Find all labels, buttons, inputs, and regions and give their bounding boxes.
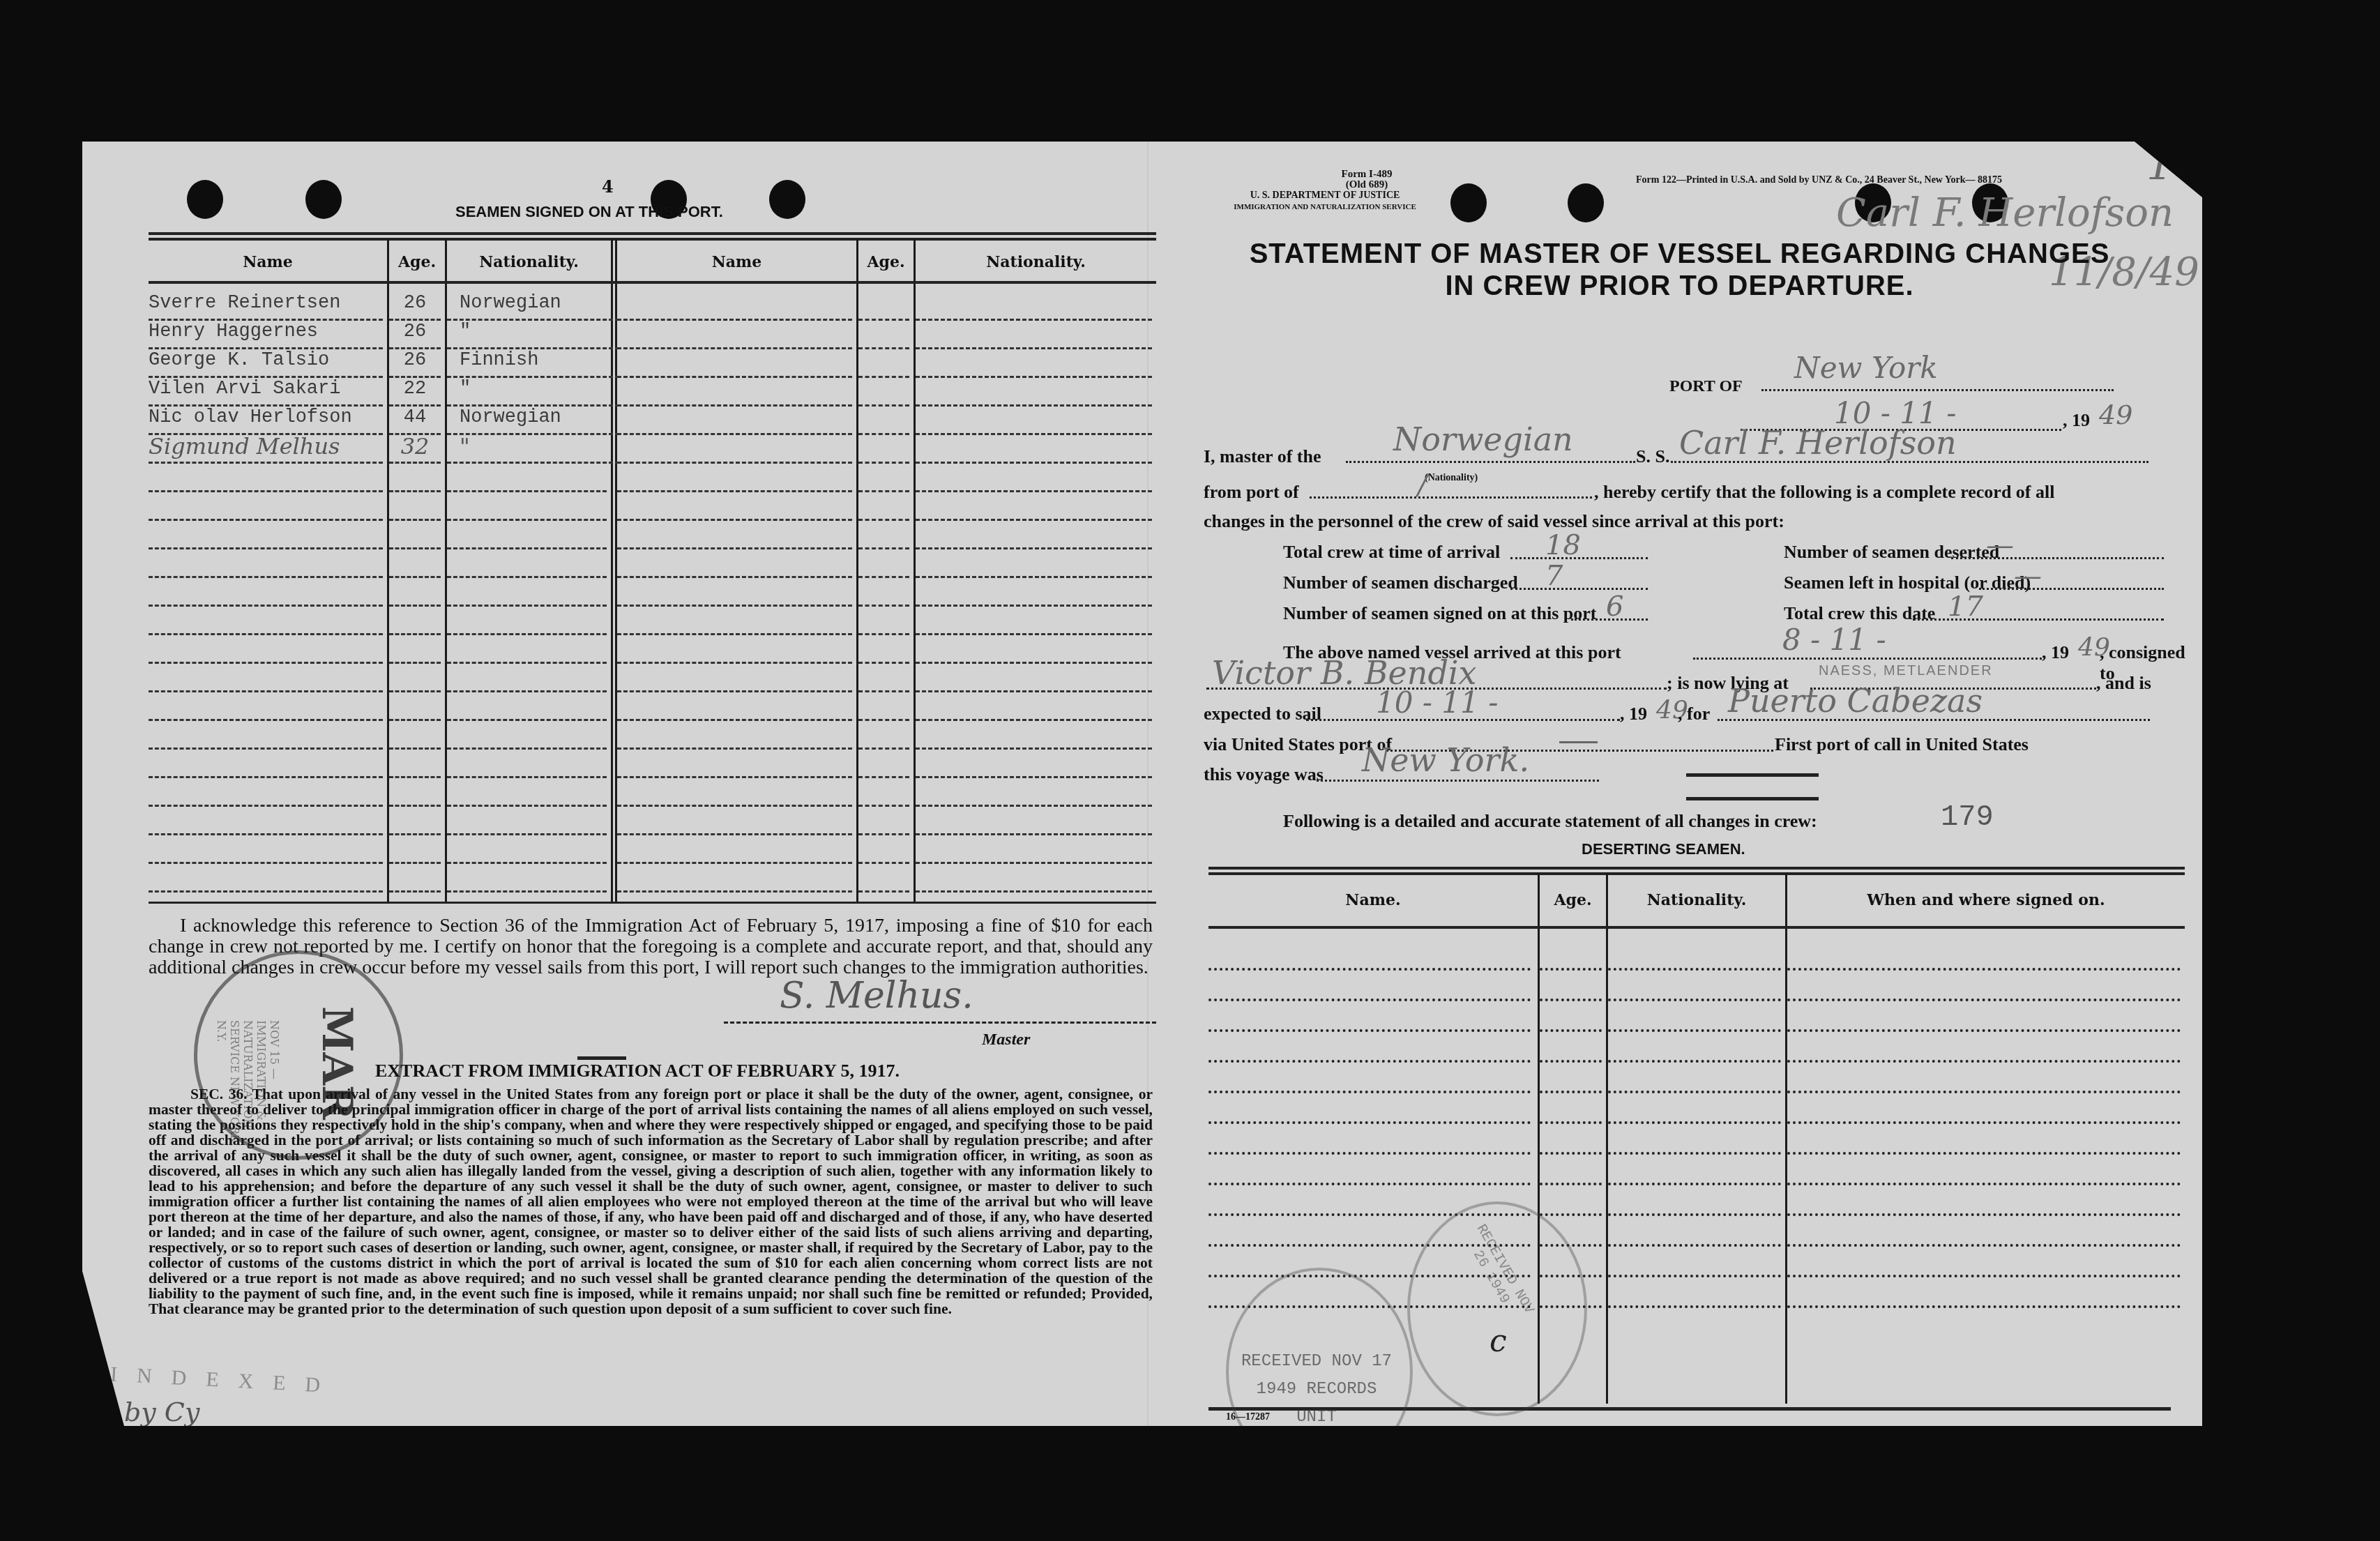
cell-age [389, 492, 441, 521]
cell-age-2 [858, 663, 909, 692]
table-row [149, 549, 1156, 576]
port-value: New York [1794, 351, 1938, 385]
cell-name [149, 463, 383, 492]
cell-name [149, 492, 383, 521]
cell-name [149, 692, 383, 721]
cell-age [389, 577, 441, 607]
master-label: Master [982, 1031, 1030, 1049]
cell-name [1208, 1124, 1531, 1155]
stat-label: Number of seamen deserted [1784, 542, 1999, 563]
cell-nationality [1608, 1185, 1781, 1216]
cell-name-2 [617, 606, 852, 635]
col-header-name: Name [149, 253, 387, 271]
cell-nationality-2 [916, 434, 1152, 464]
table-row [1208, 1185, 2185, 1215]
cell-nationality-2 [916, 663, 1152, 692]
cell-name-2 [617, 320, 852, 349]
cell-nationality [1608, 1032, 1781, 1063]
received-stamp-2-ring [1407, 1201, 1587, 1416]
form-number-block: Form I-489 (Old 689) [1314, 169, 1419, 190]
cell-name [149, 577, 383, 607]
stamp-mar: MAR [312, 1006, 361, 1120]
certify-text-2: changes in the personnel of the crew of … [1204, 511, 1784, 532]
stat-label: Number of seamen signed on at this port [1283, 603, 1596, 624]
cell-signed-on [1787, 1124, 2181, 1155]
cell-nationality-2 [916, 320, 1152, 349]
cell-name [1208, 1032, 1531, 1063]
cell-nationality [447, 520, 607, 549]
stat-label: Number of seamen discharged [1283, 572, 1518, 593]
stat-label: Total crew at time of arrival [1283, 542, 1500, 563]
cell-age-2 [858, 835, 909, 864]
cell-name-2 [617, 692, 852, 721]
cell-name [1208, 940, 1531, 971]
signed-on-title: SEAMEN SIGNED ON AT THIS PORT. [455, 203, 723, 221]
stat-label: Seamen left in hospital (or died) [1784, 572, 2031, 593]
cell-age-2 [858, 549, 909, 578]
page-number: 4 [602, 176, 614, 197]
cell-age-2 [858, 520, 909, 549]
department: U. S. DEPARTMENT OF JUSTICE [1220, 190, 1430, 202]
cell-nationality-2 [916, 577, 1152, 607]
cell-name [149, 806, 383, 835]
cell-name [1208, 1001, 1531, 1032]
table-row [149, 463, 1156, 490]
table-row: Sverre Reinertsen26Norwegian [149, 291, 1156, 319]
cell-name [149, 549, 383, 578]
cell-nationality [447, 749, 607, 778]
cell-name [149, 606, 383, 635]
cell-nationality: Norwegian [447, 291, 619, 321]
cell-name-2 [617, 635, 852, 664]
indexed-stamp: INDEXED [109, 1362, 340, 1398]
master-of-label: I, master of the [1204, 446, 1321, 467]
cell-age [389, 606, 441, 635]
punch-hole [1568, 183, 1604, 222]
and-is: , and is [2096, 673, 2151, 694]
sail-year-prefix: , 19 [1620, 704, 1647, 724]
document-paper: 4 SEAMEN SIGNED ON AT THIS PORT. Name Ag… [82, 142, 2202, 1426]
cell-name: Sigmund Melhus [149, 434, 383, 464]
cell-nationality [1608, 1155, 1781, 1185]
table-top-rule [149, 232, 1156, 241]
stat-value: 6 [1606, 591, 1623, 623]
cell-nationality [1608, 971, 1781, 1001]
cell-signed-on [1787, 1185, 2181, 1216]
cell-nationality-2 [916, 492, 1152, 521]
table-row [149, 492, 1156, 519]
stat-value: — [2014, 560, 2042, 592]
table-row: Vilen Arvi Sakari22" [149, 377, 1156, 404]
cell-name-2 [617, 663, 852, 692]
arrived-field[interactable] [1693, 658, 2042, 660]
cell-age-2 [858, 635, 909, 664]
cell-nationality [1608, 1093, 1781, 1124]
voyage-field[interactable] [1317, 780, 1599, 782]
cell-nationality-2 [916, 291, 1152, 321]
cell-name [149, 720, 383, 750]
cell-nationality-2 [916, 806, 1152, 835]
voyage-label: this voyage was [1204, 764, 1324, 785]
cell-name-2 [617, 434, 852, 464]
cell-nationality [1608, 1277, 1781, 1308]
header-rule [149, 281, 1156, 284]
extract-title: EXTRACT FROM IMMIGRATION ACT OF FEBRUARY… [375, 1061, 900, 1081]
cell-nationality [1608, 940, 1781, 971]
cell-age-2 [858, 577, 909, 607]
cell-nationality [447, 463, 607, 492]
deserting-col-signed-on: When and where signed on. [1787, 891, 2185, 909]
deserting-col-name: Name. [1208, 891, 1538, 909]
table-row [149, 863, 1156, 890]
cell-nationality [447, 577, 607, 607]
year-prefix: , 19 [2063, 410, 2090, 431]
cell-name-2 [617, 463, 852, 492]
arrived-year-prefix: , 19 [2042, 642, 2069, 663]
cell-age-2 [858, 863, 909, 893]
cell-age-2 [858, 749, 909, 778]
cell-name [149, 520, 383, 549]
table-row: Nic olav Herlofson44Norwegian [149, 406, 1156, 433]
cell-name: Nic olav Herlofson [149, 406, 383, 435]
cell-signed-on [1787, 1032, 2181, 1063]
col-header-nationality-2: Nationality. [916, 253, 1156, 271]
form-number: Form I-489 [1314, 169, 1419, 180]
cell-age-2 [858, 463, 909, 492]
cell-age [1540, 1155, 1602, 1185]
cell-age-2 [858, 492, 909, 521]
sail-label: expected to sail [1204, 704, 1321, 724]
cell-name-2 [617, 720, 852, 750]
cell-name-2 [617, 777, 852, 807]
table-row [1208, 1216, 2185, 1246]
cell-age [389, 663, 441, 692]
cell-age [389, 835, 441, 864]
via-value-dash [1559, 741, 1598, 743]
cell-name-2 [617, 577, 852, 607]
punch-hole [769, 180, 805, 219]
cell-age-2 [858, 806, 909, 835]
cell-name [1208, 1063, 1531, 1093]
cell-name: George K. Talsio [149, 349, 383, 378]
cell-name-2 [617, 377, 852, 407]
ss-label: S. S. [1636, 446, 1669, 467]
table-row [149, 635, 1156, 662]
cell-nationality [447, 692, 607, 721]
cell-name [149, 835, 383, 864]
cell-nationality-2 [916, 377, 1152, 407]
cell-signed-on [1787, 940, 2181, 971]
voyage-value: New York. [1362, 741, 1529, 779]
cell-age [1540, 1093, 1602, 1124]
stat-value: 17 [1948, 591, 1983, 623]
deserting-top-rule [1208, 867, 2185, 875]
cell-nationality-2 [916, 549, 1152, 578]
cell-name-2 [617, 349, 852, 378]
punch-hole [305, 180, 342, 219]
cell-nationality [1608, 1124, 1781, 1155]
stat-value: 7 [1545, 560, 1563, 592]
table-row [149, 777, 1156, 805]
nationality-field[interactable] [1346, 461, 1635, 463]
table-row [1208, 940, 2185, 970]
from-port-field[interactable] [1310, 496, 1592, 499]
port-label: PORT OF [1669, 377, 1743, 396]
cell-name [149, 635, 383, 664]
cell-nationality [447, 806, 607, 835]
cell-nationality [1608, 1216, 1781, 1247]
cell-age-2 [858, 320, 909, 349]
punch-hole [187, 180, 223, 219]
table-row [149, 835, 1156, 862]
cell-age-2 [858, 720, 909, 750]
stat-value: 18 [1545, 529, 1581, 561]
cell-name-2 [617, 835, 852, 864]
cell-name-2 [617, 863, 852, 893]
cell-age [1540, 971, 1602, 1001]
cell-nationality-2 [916, 606, 1152, 635]
cell-nationality: Finnish [447, 349, 619, 378]
cell-name-2 [617, 492, 852, 521]
stamp-number: 179 [1941, 800, 1994, 834]
cell-name [149, 777, 383, 807]
nationality-caption: (Nationality) [1425, 473, 1478, 484]
destination-value: Puerto Cabezas [1728, 682, 1983, 720]
table-row [149, 749, 1156, 776]
service: IMMIGRATION AND NATURALIZATION SERVICE [1220, 202, 1430, 213]
cell-signed-on [1787, 1277, 2181, 1308]
table-row [149, 692, 1156, 719]
cell-name [1208, 1155, 1531, 1185]
cell-nationality [447, 720, 607, 750]
cell-age-2 [858, 406, 909, 435]
cell-signed-on [1787, 1063, 2181, 1093]
punch-hole [1450, 183, 1487, 222]
cell-nationality-2 [916, 349, 1152, 378]
cell-age [389, 692, 441, 721]
cell-nationality [1608, 1001, 1781, 1032]
cell-name-2 [617, 406, 852, 435]
cell-nationality: " [447, 434, 619, 464]
cell-nationality-2 [916, 520, 1152, 549]
agency-block: U. S. DEPARTMENT OF JUSTICE IMMIGRATION … [1220, 190, 1430, 213]
cell-name-2 [617, 806, 852, 835]
cell-nationality: " [447, 320, 619, 349]
cell-signed-on [1787, 1093, 2181, 1124]
table-row [1208, 1124, 2185, 1154]
cell-age-2 [858, 777, 909, 807]
cell-age-2 [858, 692, 909, 721]
cell-age [389, 635, 441, 664]
cell-age-2 [858, 434, 909, 464]
stat-value: — [1986, 529, 2014, 561]
cell-name [149, 663, 383, 692]
cell-age [389, 463, 441, 492]
cell-signed-on [1787, 1001, 2181, 1032]
cell-nationality [447, 835, 607, 864]
lying-value: NAESS, METLAENDER [1819, 663, 1993, 679]
cell-name-2 [617, 549, 852, 578]
table-row [149, 720, 1156, 747]
cell-nationality [1608, 1063, 1781, 1093]
sail-value: 10 - 11 - [1376, 685, 1498, 720]
stat-label: Total crew this date [1784, 603, 1935, 624]
cell-age [389, 863, 441, 893]
cell-age-2 [858, 291, 909, 321]
cell-nationality: " [447, 377, 619, 407]
nationality-value: Norwegian [1393, 420, 1573, 458]
cell-name-2 [617, 520, 852, 549]
cell-nationality-2 [916, 749, 1152, 778]
table-row: Henry Haggernes26" [149, 320, 1156, 347]
cell-age-2 [858, 349, 909, 378]
cell-nationality-2 [916, 463, 1152, 492]
cell-age [1540, 1001, 1602, 1032]
stat-field[interactable] [1510, 588, 1648, 590]
table-row [1208, 971, 2185, 1001]
cell-signed-on [1787, 1216, 2181, 1247]
cell-age: 32 [389, 434, 441, 464]
cell-nationality [447, 549, 607, 578]
cell-nationality-2 [916, 692, 1152, 721]
master-signature: S. Melhus. [780, 975, 973, 1017]
form-old: (Old 689) [1314, 180, 1419, 190]
form-title: STATEMENT OF MASTER OF VESSEL REGARDING … [1204, 238, 2155, 302]
cell-age [389, 549, 441, 578]
certify-text: , hereby certify that the following is a… [1594, 482, 2054, 503]
cell-age: 26 [389, 291, 441, 321]
cell-nationality-2 [916, 406, 1152, 435]
printer-line: Form 122—Printed in U.S.A. and Sold by U… [1636, 175, 2002, 186]
cell-name [1208, 971, 1531, 1001]
cell-nationality-2 [916, 720, 1152, 750]
handwritten-vessel-name: Carl F. Herlofson [1836, 190, 2174, 236]
col-header-age: Age. [389, 253, 445, 271]
cell-name [1208, 1093, 1531, 1124]
cell-name [149, 749, 383, 778]
cell-age [1540, 1185, 1602, 1216]
cell-nationality [447, 863, 607, 893]
from-port-label: from port of [1204, 482, 1299, 503]
cell-age [389, 806, 441, 835]
cell-nationality-2 [916, 777, 1152, 807]
cell-age [389, 777, 441, 807]
port-field[interactable] [1761, 389, 2114, 391]
table-row [1208, 1155, 2185, 1185]
col-header-nationality: Nationality. [447, 253, 611, 271]
from-port-value: / [1418, 469, 1427, 501]
corner-mark: 1 [2146, 142, 2173, 190]
cell-nationality [447, 606, 607, 635]
table-row [1208, 1001, 2185, 1031]
cell-nationality-2 [916, 863, 1152, 893]
cell-nationality [447, 635, 607, 664]
form-title-line2: IN CREW PRIOR TO DEPARTURE. [1204, 270, 2155, 302]
cell-signed-on [1787, 1247, 2181, 1277]
cell-age [1540, 940, 1602, 971]
table-row: Sigmund Melhus32" [149, 434, 1156, 462]
table-row [149, 520, 1156, 547]
cell-nationality: Norwegian [447, 406, 619, 435]
table-row [1208, 1063, 2185, 1093]
cell-nationality [1608, 1247, 1781, 1277]
first-port-label: First port of call in United States [1775, 734, 2029, 755]
table-row: George K. Talsio26Finnish [149, 349, 1156, 376]
cell-age: 26 [389, 320, 441, 349]
cell-age-2 [858, 606, 909, 635]
cell-signed-on [1787, 1155, 2181, 1185]
table-row [149, 606, 1156, 633]
cell-age [389, 520, 441, 549]
table-row [149, 806, 1156, 833]
cell-name-2 [617, 749, 852, 778]
deserting-title: DESERTING SEAMEN. [1582, 840, 1745, 858]
arrived-value: 8 - 11 - [1782, 623, 1886, 657]
table-row [1208, 1032, 2185, 1062]
cell-nationality-2 [916, 835, 1152, 864]
indexed-by: by Cy [124, 1397, 199, 1427]
cell-nationality [447, 777, 607, 807]
check-mark: c [1490, 1323, 1507, 1359]
following-text: Following is a detailed and accurate sta… [1283, 811, 1817, 832]
cell-age: 22 [389, 377, 441, 407]
stat-field[interactable] [1951, 557, 2164, 559]
table-row [149, 663, 1156, 690]
cell-signed-on [1787, 971, 2181, 1001]
year-value: 49 [2099, 400, 2132, 430]
cell-nationality [447, 492, 607, 521]
cell-age [1540, 1032, 1602, 1063]
form-title-line1: STATEMENT OF MASTER OF VESSEL REGARDING … [1204, 238, 2155, 270]
cell-age [389, 720, 441, 750]
col-header-name-2: Name [617, 253, 856, 271]
cell-age [1540, 1063, 1602, 1093]
ss-value: Carl F. Herlofson [1679, 424, 1957, 462]
table-row [1208, 1093, 2185, 1123]
cell-age-2 [858, 377, 909, 407]
cell-age: 44 [389, 406, 441, 435]
deserting-col-age: Age. [1540, 891, 1606, 909]
cell-name-2 [617, 291, 852, 321]
cell-name: Vilen Arvi Sakari [149, 377, 383, 407]
table-row [1208, 1247, 2185, 1277]
cell-name [149, 863, 383, 893]
cell-age [1540, 1124, 1602, 1155]
deserting-col-nationality: Nationality. [1608, 891, 1785, 909]
received-stamp-1: RECEIVED NOV 17 1949 RECORDS UNIT [1240, 1348, 1393, 1432]
stamp-text: NOV 15 — IMMIGRATION & NATURALIZATION SE… [215, 1020, 281, 1160]
cell-nationality [447, 663, 607, 692]
cell-age: 26 [389, 349, 441, 378]
col-header-age-2: Age. [858, 253, 914, 271]
stat-field[interactable] [1979, 588, 2164, 590]
table-row [149, 577, 1156, 605]
cell-name: Henry Haggernes [149, 320, 383, 349]
cell-age [389, 749, 441, 778]
cell-name: Sverre Reinertsen [149, 291, 383, 321]
cell-nationality-2 [916, 635, 1152, 664]
for-label: , for [1678, 704, 1710, 724]
